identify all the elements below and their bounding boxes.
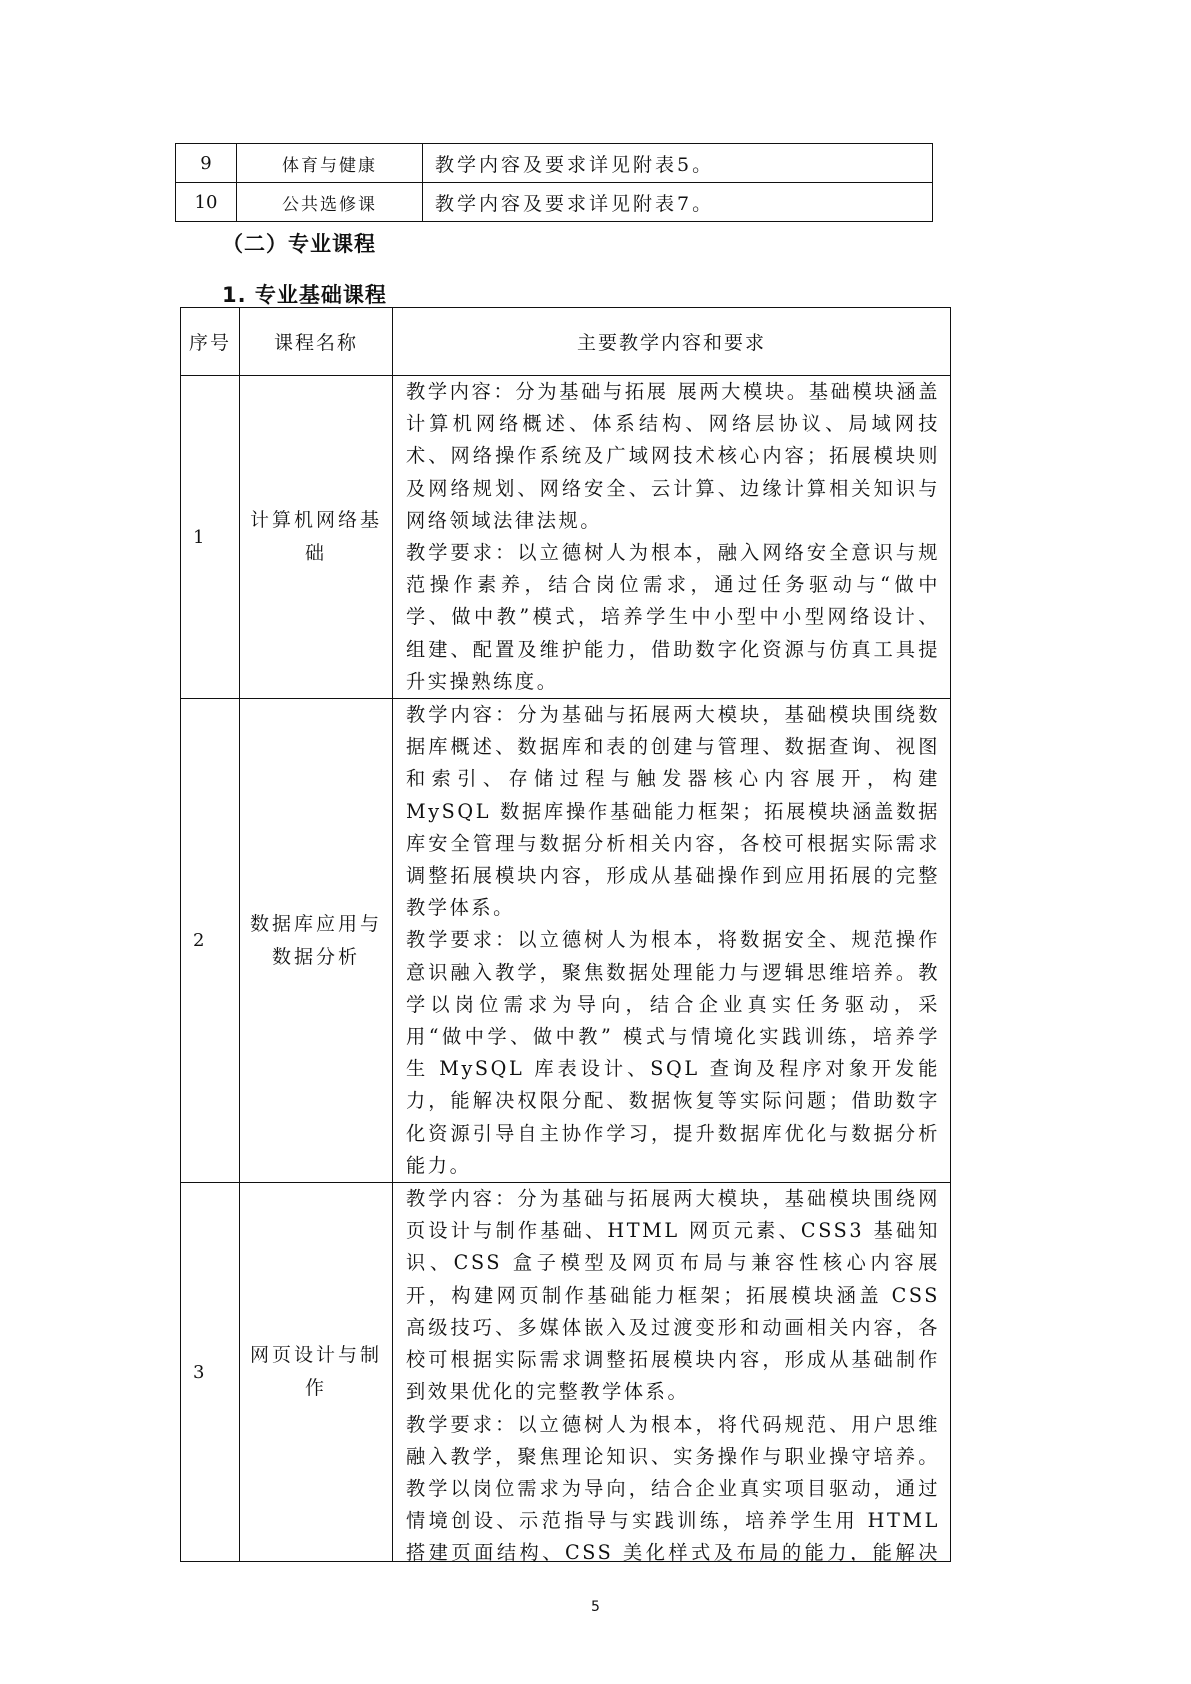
row-number: 3 [181,1183,240,1562]
teaching-content: 教学内容：分为基础与拓展 展两大模块。基础模块涵盖计算机网络概述、体系结构、网络… [406,376,940,537]
course-name: 网页设计与制作 [240,1183,393,1562]
row-number: 2 [181,699,240,1183]
row-number: 9 [176,144,237,183]
public-course-table-continued: 9 体育与健康 教学内容及要求详见附表5。 10 公共选修课 教学内容及要求详见… [175,143,933,222]
teaching-requirement: 教学要求：以立德树人为根本，融入网络安全意识与规范操作素养，结合岗位需求，通过任… [406,537,940,698]
row-number: 1 [181,376,240,699]
row-number: 10 [176,183,237,222]
subsection-heading: 1. 专业基础课程 [222,279,387,309]
document-page: 9 体育与健康 教学内容及要求详见附表5。 10 公共选修课 教学内容及要求详见… [0,0,1191,1684]
course-description: 教学内容及要求详见附表7。 [423,183,933,222]
table-row: 2 数据库应用与数据分析 教学内容：分为基础与拓展两大模块，基础模块围绕数据库概… [181,699,951,1183]
course-content-cell: 教学内容：分为基础与拓展两大模块，基础模块围绕网页设计与制作基础、HTML 网页… [393,1183,951,1562]
table-row: 3 网页设计与制作 教学内容：分为基础与拓展两大模块，基础模块围绕网页设计与制作… [181,1183,951,1562]
course-description: 教学内容及要求详见附表5。 [423,144,933,183]
course-name: 数据库应用与数据分析 [240,699,393,1183]
course-content-cell: 教学内容：分为基础与拓展两大模块，基础模块围绕数据库概述、数据库和表的创建与管理… [393,699,951,1183]
column-header-course-name: 课程名称 [240,308,393,376]
teaching-content: 教学内容：分为基础与拓展两大模块，基础模块围绕网页设计与制作基础、HTML 网页… [406,1183,940,1408]
section-heading: （二）专业课程 [222,228,376,258]
professional-foundation-course-table: 序号 课程名称 主要教学内容和要求 1 计算机网络基础 教学内容：分为基础与拓展… [180,307,951,1562]
teaching-requirement: 教学要求：以立德树人为根本，将数据安全、规范操作意识融入教学，聚焦数据处理能力与… [406,924,940,1182]
course-content-cell: 教学内容：分为基础与拓展 展两大模块。基础模块涵盖计算机网络概述、体系结构、网络… [393,376,951,699]
table-row: 9 体育与健康 教学内容及要求详见附表5。 [176,144,933,183]
table-row: 10 公共选修课 教学内容及要求详见附表7。 [176,183,933,222]
page-number: 5 [0,1599,1191,1615]
course-name: 体育与健康 [237,144,423,183]
course-name: 计算机网络基础 [240,376,393,699]
course-name: 公共选修课 [237,183,423,222]
column-header-content: 主要教学内容和要求 [393,308,951,376]
table-row: 1 计算机网络基础 教学内容：分为基础与拓展 展两大模块。基础模块涵盖计算机网络… [181,376,951,699]
teaching-requirement: 教学要求：以立德树人为根本，将代码规范、用户思维融入教学，聚焦理论知识、实务操作… [406,1409,940,1562]
table-header-row: 序号 课程名称 主要教学内容和要求 [181,308,951,376]
teaching-content: 教学内容：分为基础与拓展两大模块，基础模块围绕数据库概述、数据库和表的创建与管理… [406,699,940,924]
column-header-number: 序号 [181,308,240,376]
